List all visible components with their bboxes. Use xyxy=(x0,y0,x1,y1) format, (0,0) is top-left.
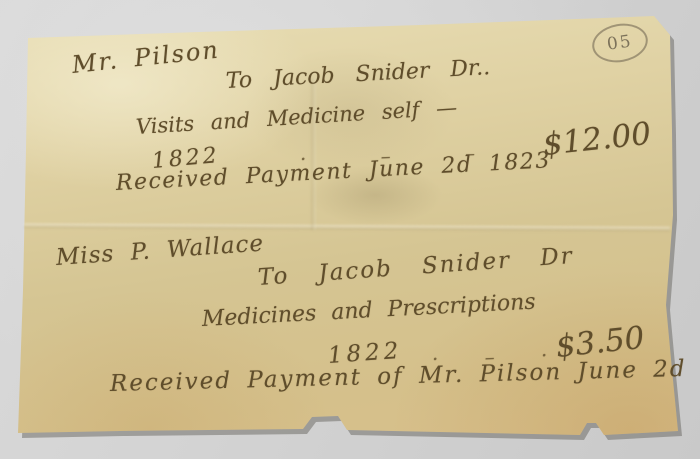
photo-backdrop: 05 Mr. Pilson To Jacob Snider Dr.. Visit… xyxy=(0,0,700,459)
corner-annotation-number: 05 xyxy=(606,31,634,54)
